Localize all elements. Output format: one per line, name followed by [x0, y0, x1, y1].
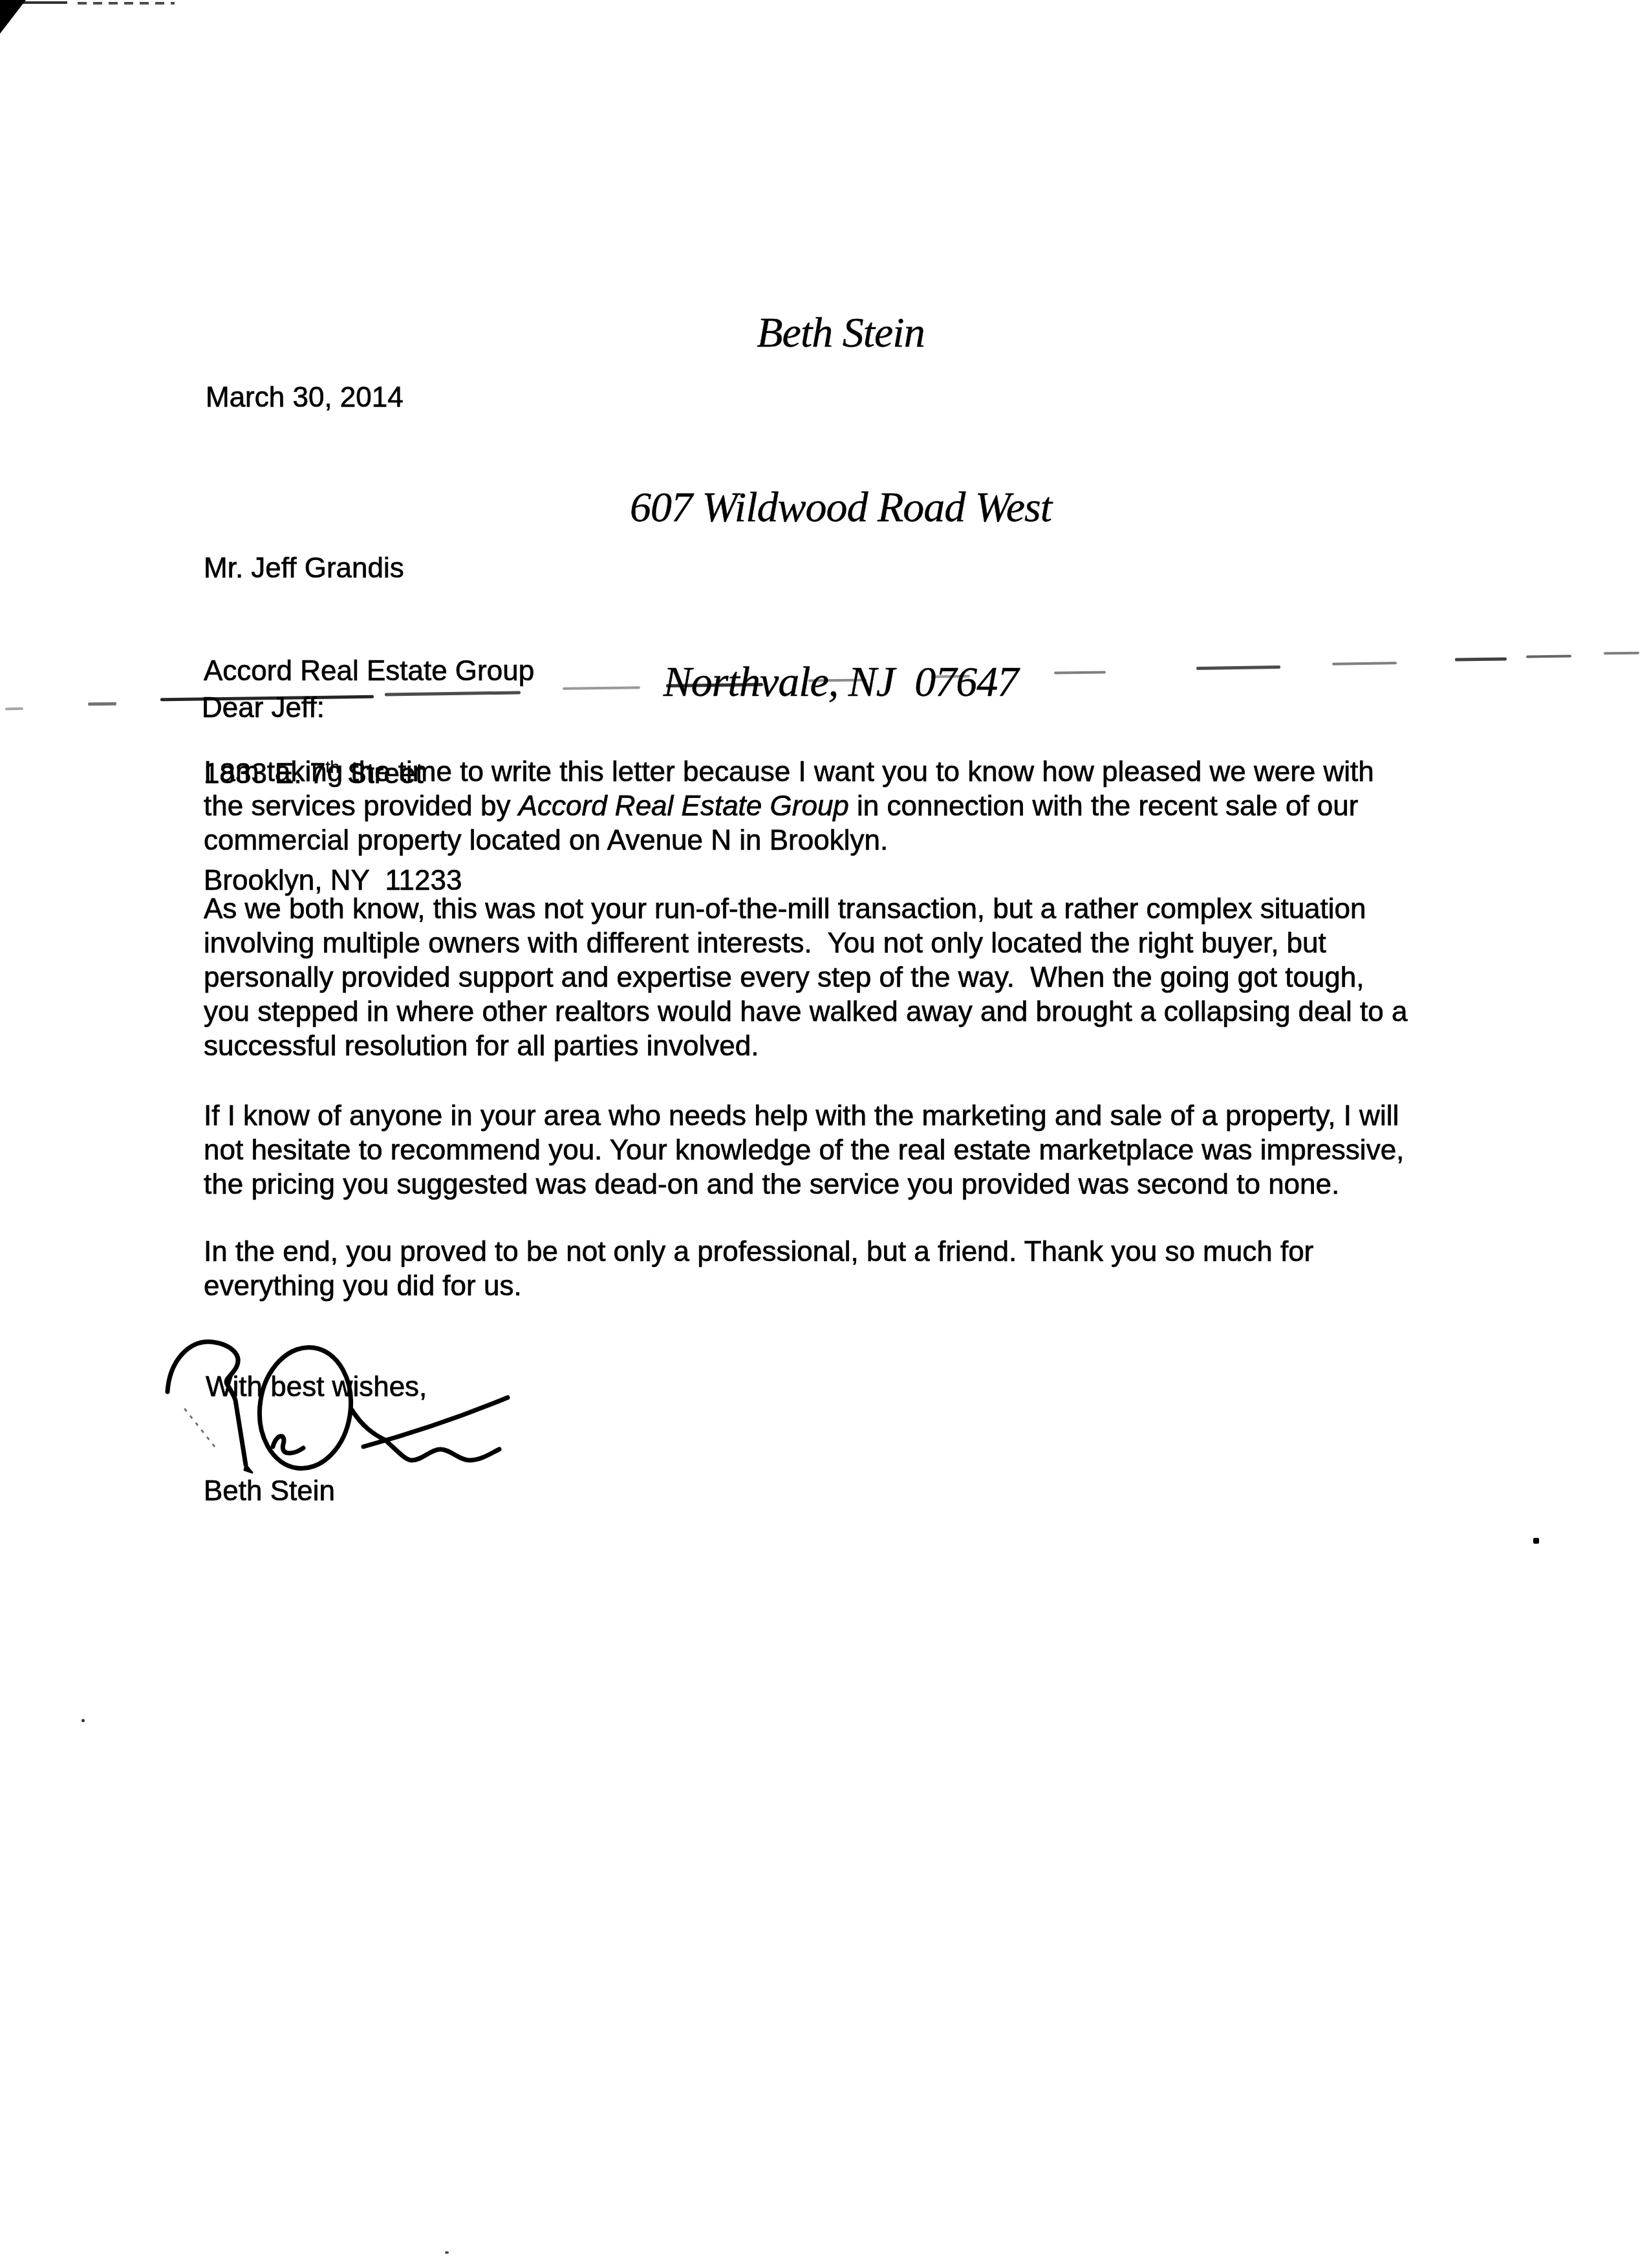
paragraph-2: As we both know, this was not your run-o…	[204, 892, 1568, 1063]
sender-address-line2: Northvale, NJ 07647	[517, 653, 1164, 711]
p1-company-name-italic: Accord Real Estate Group	[519, 790, 849, 822]
paragraph-1: I am taking the time to write this lette…	[204, 755, 1568, 858]
scan-top-edge-dash	[78, 2, 175, 5]
p1-line3: commercial property located on Avenue N …	[204, 825, 888, 856]
scan-corner-artifact	[0, 0, 26, 34]
letterhead-block: Beth Stein 607 Wildwood Road West Northv…	[517, 188, 1164, 770]
sender-name: Beth Stein	[517, 304, 1164, 362]
scanned-letter-page: { "document_type": "scanned testimonial …	[0, 0, 1649, 2268]
handwritten-signature	[155, 1335, 517, 1478]
signed-name: Beth Stein	[204, 1474, 335, 1508]
p1-line1: I am taking the time to write this lette…	[204, 756, 1374, 788]
scan-top-edge-dash	[22, 1, 67, 4]
p1-line2-after: in connection with the recent sale of ou…	[849, 790, 1359, 822]
letter-date: March 30, 2014	[206, 380, 404, 415]
paragraph-3: If I know of anyone in your area who nee…	[204, 1099, 1568, 1202]
sender-address-line1: 607 Wildwood Road West	[517, 479, 1164, 537]
recipient-company: Accord Real Estate Group	[204, 654, 534, 688]
paragraph-4: In the end, you proved to be not only a …	[204, 1235, 1568, 1303]
recipient-name: Mr. Jeff Grandis	[204, 551, 534, 585]
p1-line2-before: the services provided by	[204, 790, 519, 822]
